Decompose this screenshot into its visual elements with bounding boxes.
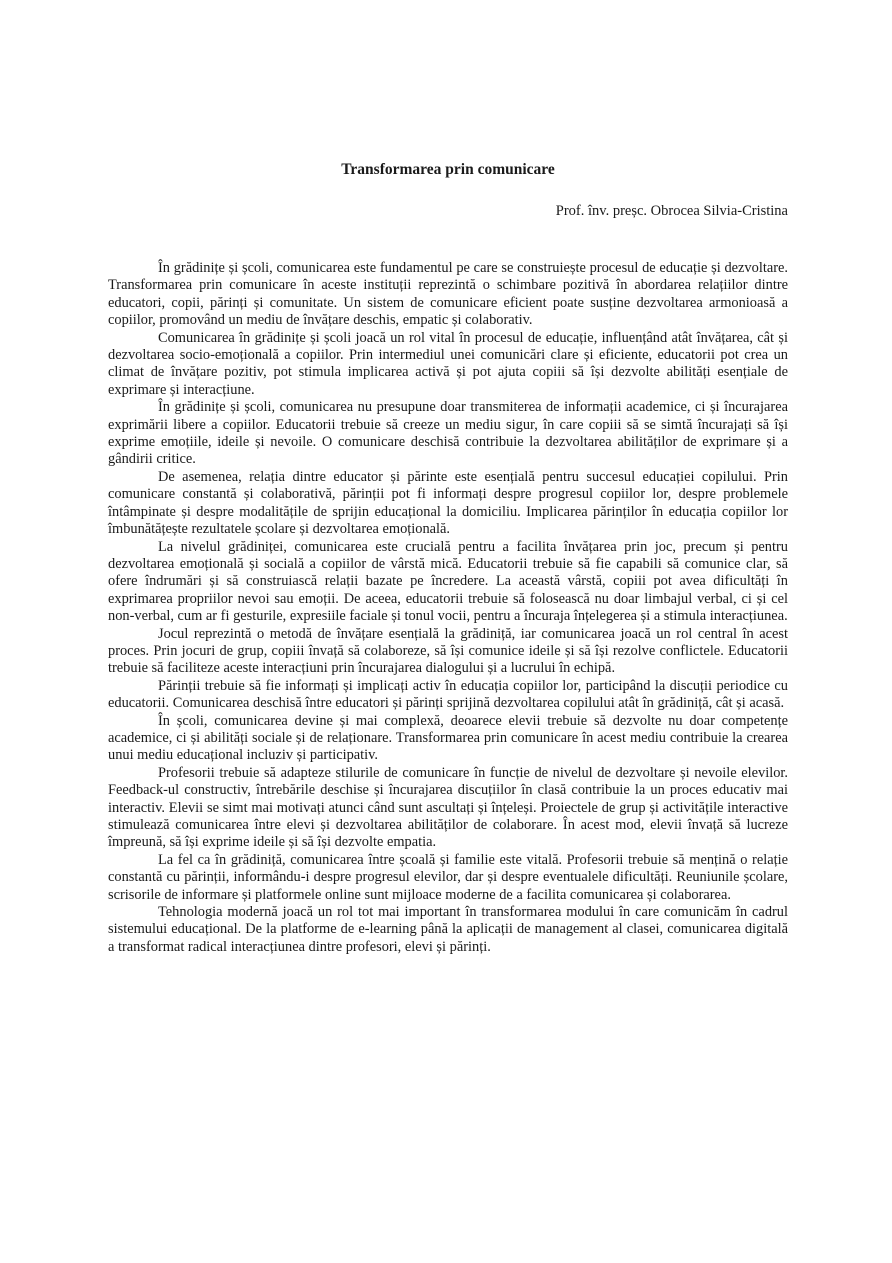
paragraph: În grădinițe și școli, comunicarea nu pr…: [108, 399, 788, 469]
paragraph: Jocul reprezintă o metodă de învățare es…: [108, 626, 788, 678]
paragraph: Comunicarea în grădinițe și școli joacă …: [108, 330, 788, 400]
paragraph: De asemenea, relația dintre educator și …: [108, 469, 788, 539]
paragraph: Tehnologia modernă joacă un rol tot mai …: [108, 904, 788, 956]
paragraph: Profesorii trebuie să adapteze stilurile…: [108, 765, 788, 852]
document-body: În grădinițe și școli, comunicarea este …: [108, 260, 788, 956]
document-author: Prof. înv. preșc. Obrocea Silvia-Cristin…: [108, 202, 788, 220]
paragraph: Părinții trebuie să fie informați și imp…: [108, 678, 788, 713]
paragraph: La fel ca în grădiniță, comunicarea într…: [108, 852, 788, 904]
document-title: Transformarea prin comunicare: [108, 160, 788, 180]
paragraph: La nivelul grădiniței, comunicarea este …: [108, 539, 788, 626]
paragraph: În școli, comunicarea devine și mai comp…: [108, 713, 788, 765]
paragraph: În grădinițe și școli, comunicarea este …: [108, 260, 788, 330]
